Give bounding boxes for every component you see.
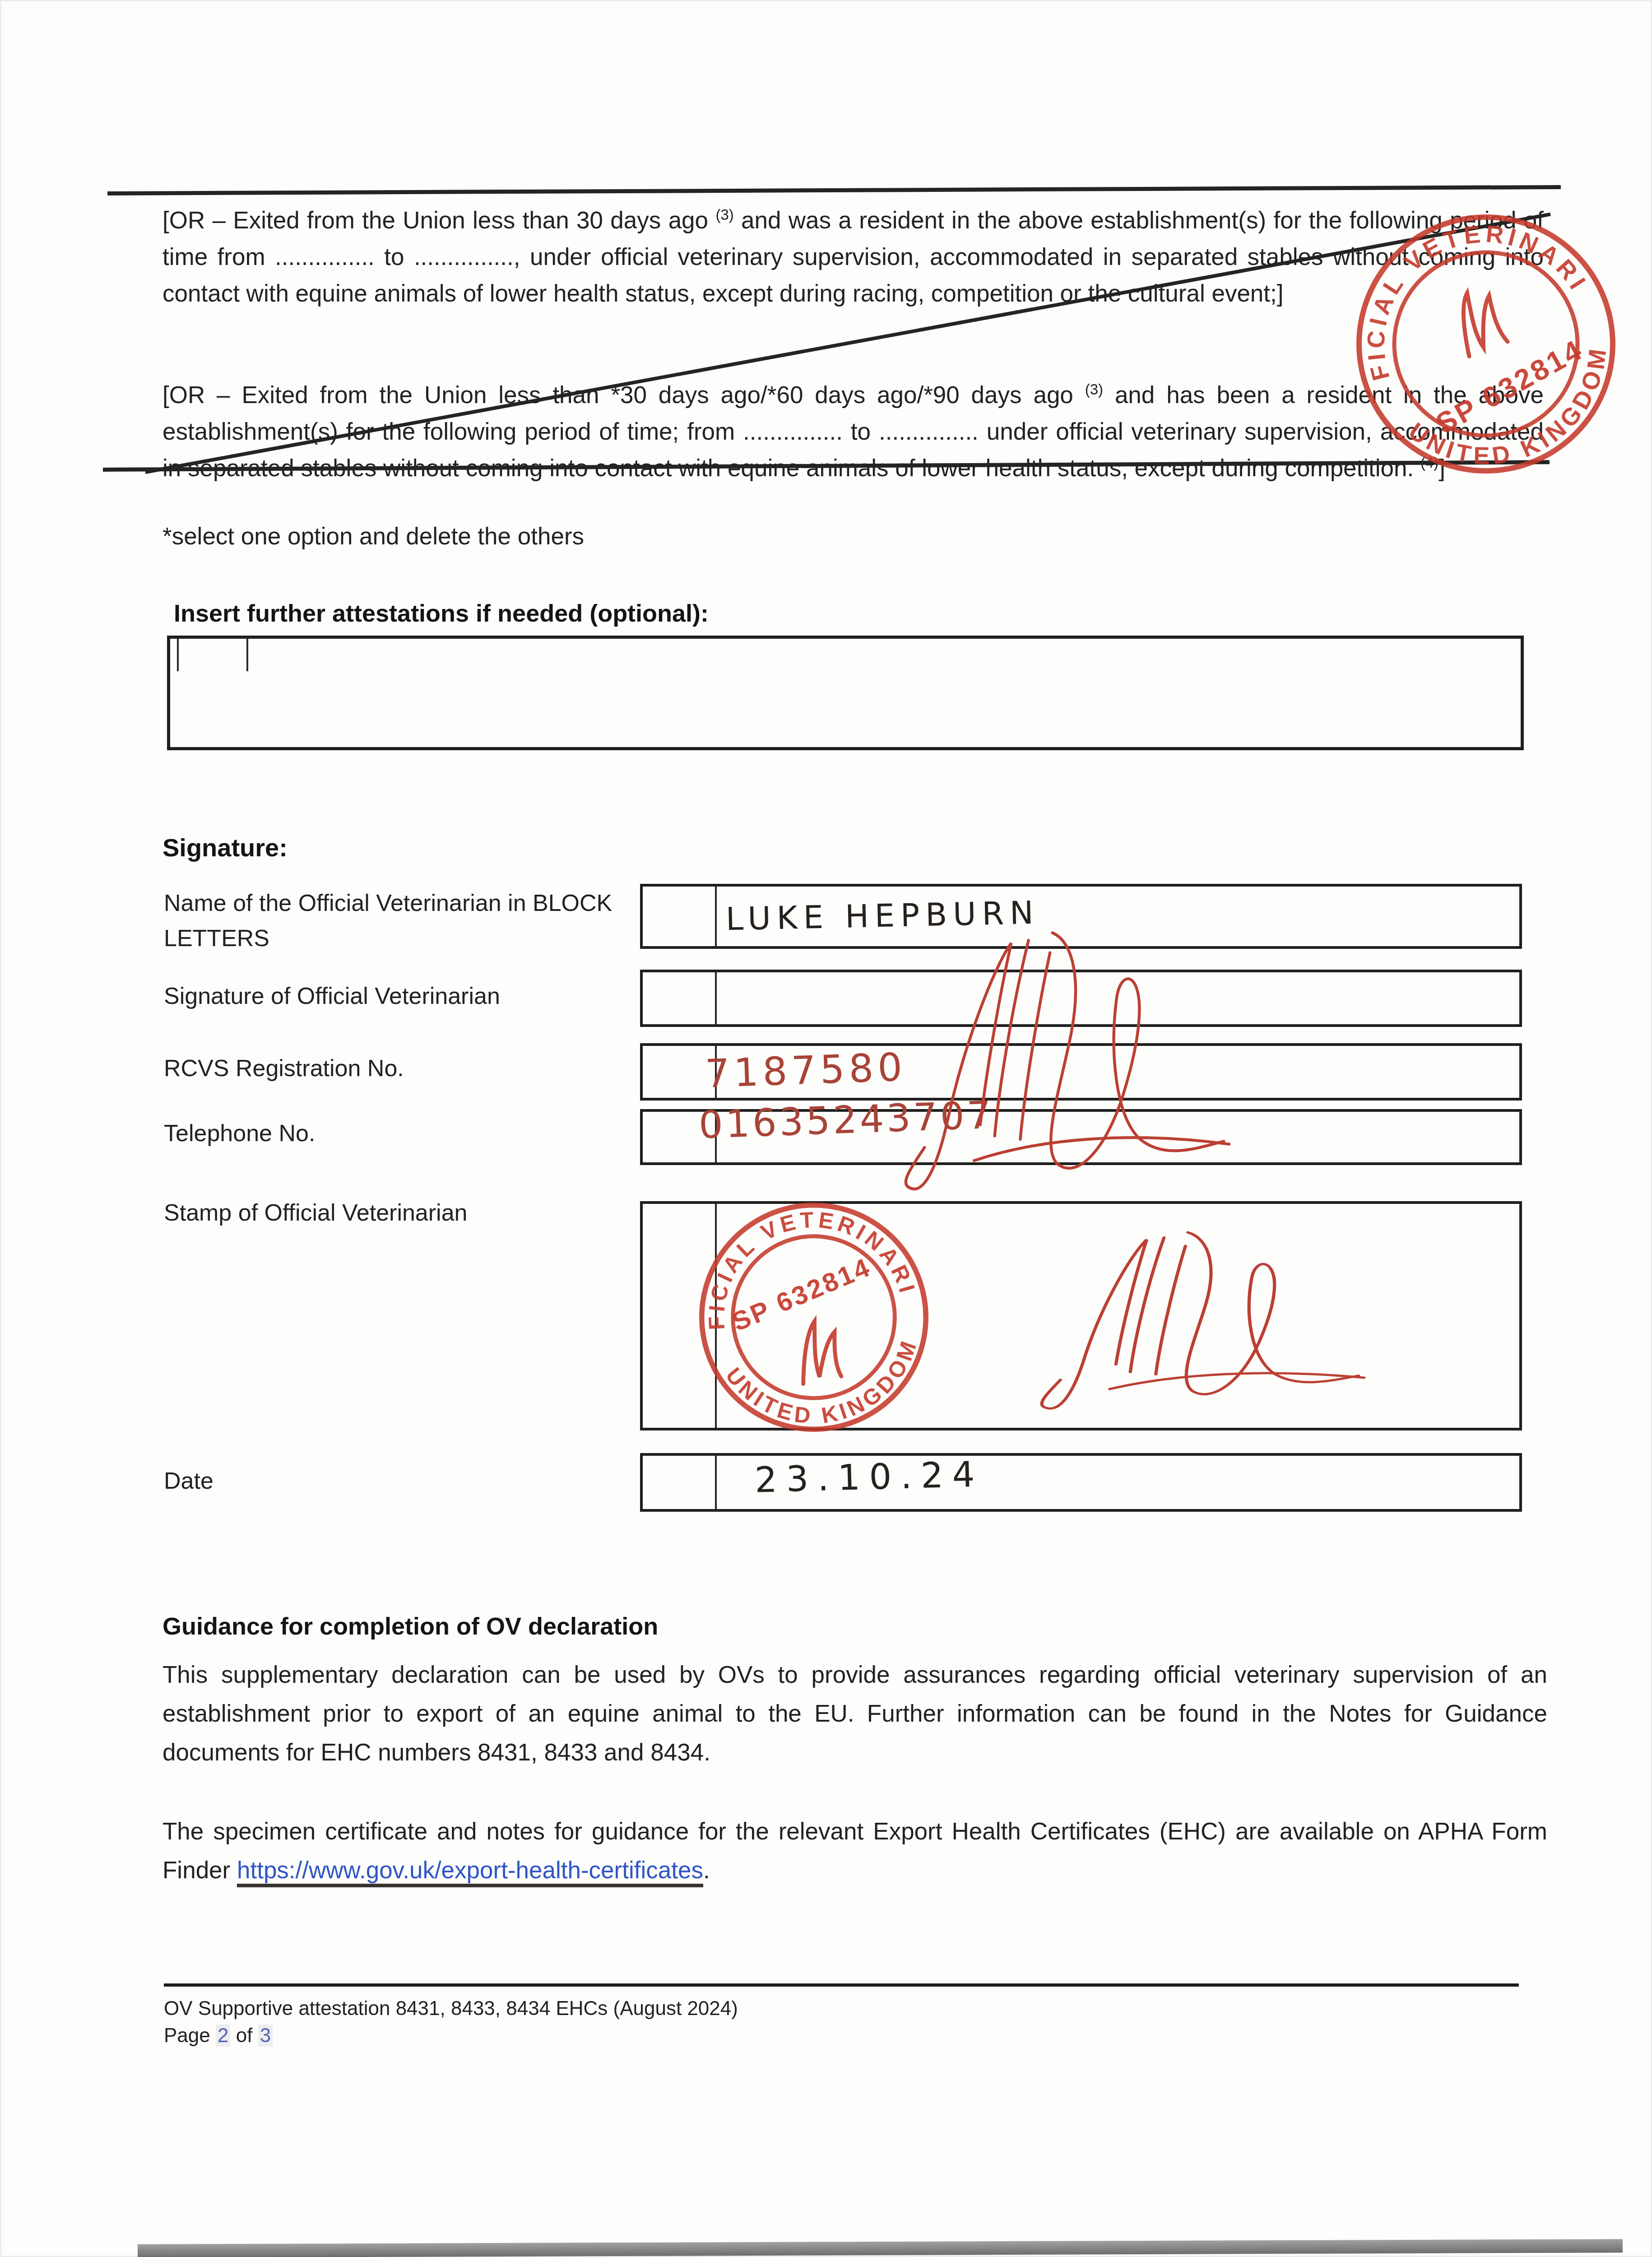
guidance-heading: Guidance for completion of OV declaratio…	[162, 1612, 658, 1640]
attestations-box	[167, 636, 1524, 750]
page-word: Page	[164, 2025, 210, 2047]
name-label: Name of the Official Veterinarian in BLO…	[164, 886, 620, 956]
stamp-label: Stamp of Official Veterinarian	[164, 1195, 620, 1231]
footnote-ref-3b: (3)	[1085, 381, 1103, 398]
table-cell-mark	[177, 639, 179, 671]
table-cell-mark	[246, 639, 248, 671]
footnote-ref-3: (3)	[715, 206, 733, 223]
date-label: Date	[164, 1463, 620, 1499]
rcvs-label: RCVS Registration No.	[164, 1051, 620, 1086]
stamp-top-arc-text: OFFICIAL VETERINARIAN	[687, 1190, 923, 1341]
stamp-initials-mark	[1445, 285, 1509, 358]
option1-text-pre: [OR – Exited from the Union less than 30…	[162, 207, 715, 234]
scanned-document-page: [OR – Exited from the Union less than 30…	[0, 0, 1652, 2257]
footer-document-id: OV Supportive attestation 8431, 8433, 84…	[164, 1995, 738, 2022]
veterinarian-signature-mark-stamp-box	[1011, 1221, 1381, 1420]
page-total: 3	[258, 2025, 273, 2047]
signature-label: Signature of Official Veterinarian	[164, 979, 620, 1014]
export-health-certificates-link[interactable]: https://www.gov.uk/export-health-certifi…	[237, 1857, 703, 1887]
stamp-initials-mark	[793, 1318, 843, 1384]
veterinarian-signature-mark	[858, 916, 1264, 1205]
availability-text-end: .	[703, 1857, 710, 1884]
svg-text:OFFICIAL VETERINARIAN: OFFICIAL VETERINARIAN	[687, 1190, 923, 1341]
scan-artifact-band	[138, 2239, 1623, 2257]
of-word: of	[236, 2025, 253, 2047]
date-handwritten-value: 23.10.24	[754, 1454, 984, 1500]
footer-page-number: Page 2 of 3	[164, 2022, 273, 2049]
guidance-body: This supplementary declaration can be us…	[162, 1656, 1547, 1772]
attestations-heading: Insert further attestations if needed (o…	[174, 599, 709, 627]
strikethrough-line-top	[107, 185, 1561, 195]
page-current: 2	[216, 2025, 230, 2047]
official-veterinarian-stamp-bottom: OFFICIAL VETERINARIAN UNITED KINGDOM SP …	[675, 1179, 952, 1456]
availability-paragraph: The specimen certificate and notes for g…	[162, 1812, 1547, 1890]
select-option-note: *select one option and delete the others	[162, 523, 584, 550]
signature-section-heading: Signature:	[162, 833, 288, 862]
phone-label: Telephone No.	[164, 1116, 620, 1151]
footer-rule	[164, 1983, 1519, 1987]
